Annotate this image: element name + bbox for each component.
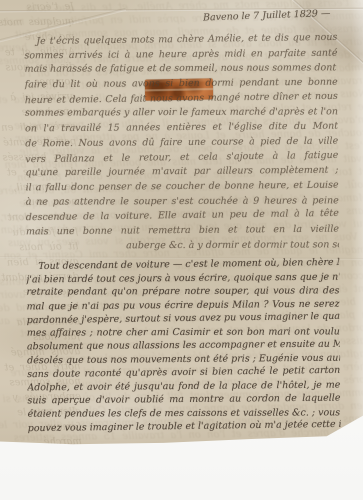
letter-sheet: Je t'écris quelques mots ma chère Amélie…: [0, 0, 363, 446]
handwriting-body: Je t'écris quelques mots ma chère Amélie…: [24, 32, 340, 436]
handwriting-line: il a fallu donc penser de se coucher de …: [26, 179, 339, 196]
handwriting-line: mais harassés de fatigue et de sommeil, …: [25, 62, 338, 78]
paragraph-1: Je t'écris quelques mots ma chère Amélie…: [24, 32, 339, 255]
handwriting-line: retraite pendant qu'on prépare notre sou…: [26, 285, 339, 300]
handwriting-line: mes affaires ; notre cher ami Casimir et…: [27, 325, 340, 340]
handwriting-line: auberge &c. à y dormir et dormir tout so…: [26, 238, 339, 254]
handwriting-line: sommes embarqués y aller voir le fameux …: [25, 106, 338, 122]
paragraph-2: Tout descendant de voiture — c'est le mo…: [26, 257, 341, 435]
